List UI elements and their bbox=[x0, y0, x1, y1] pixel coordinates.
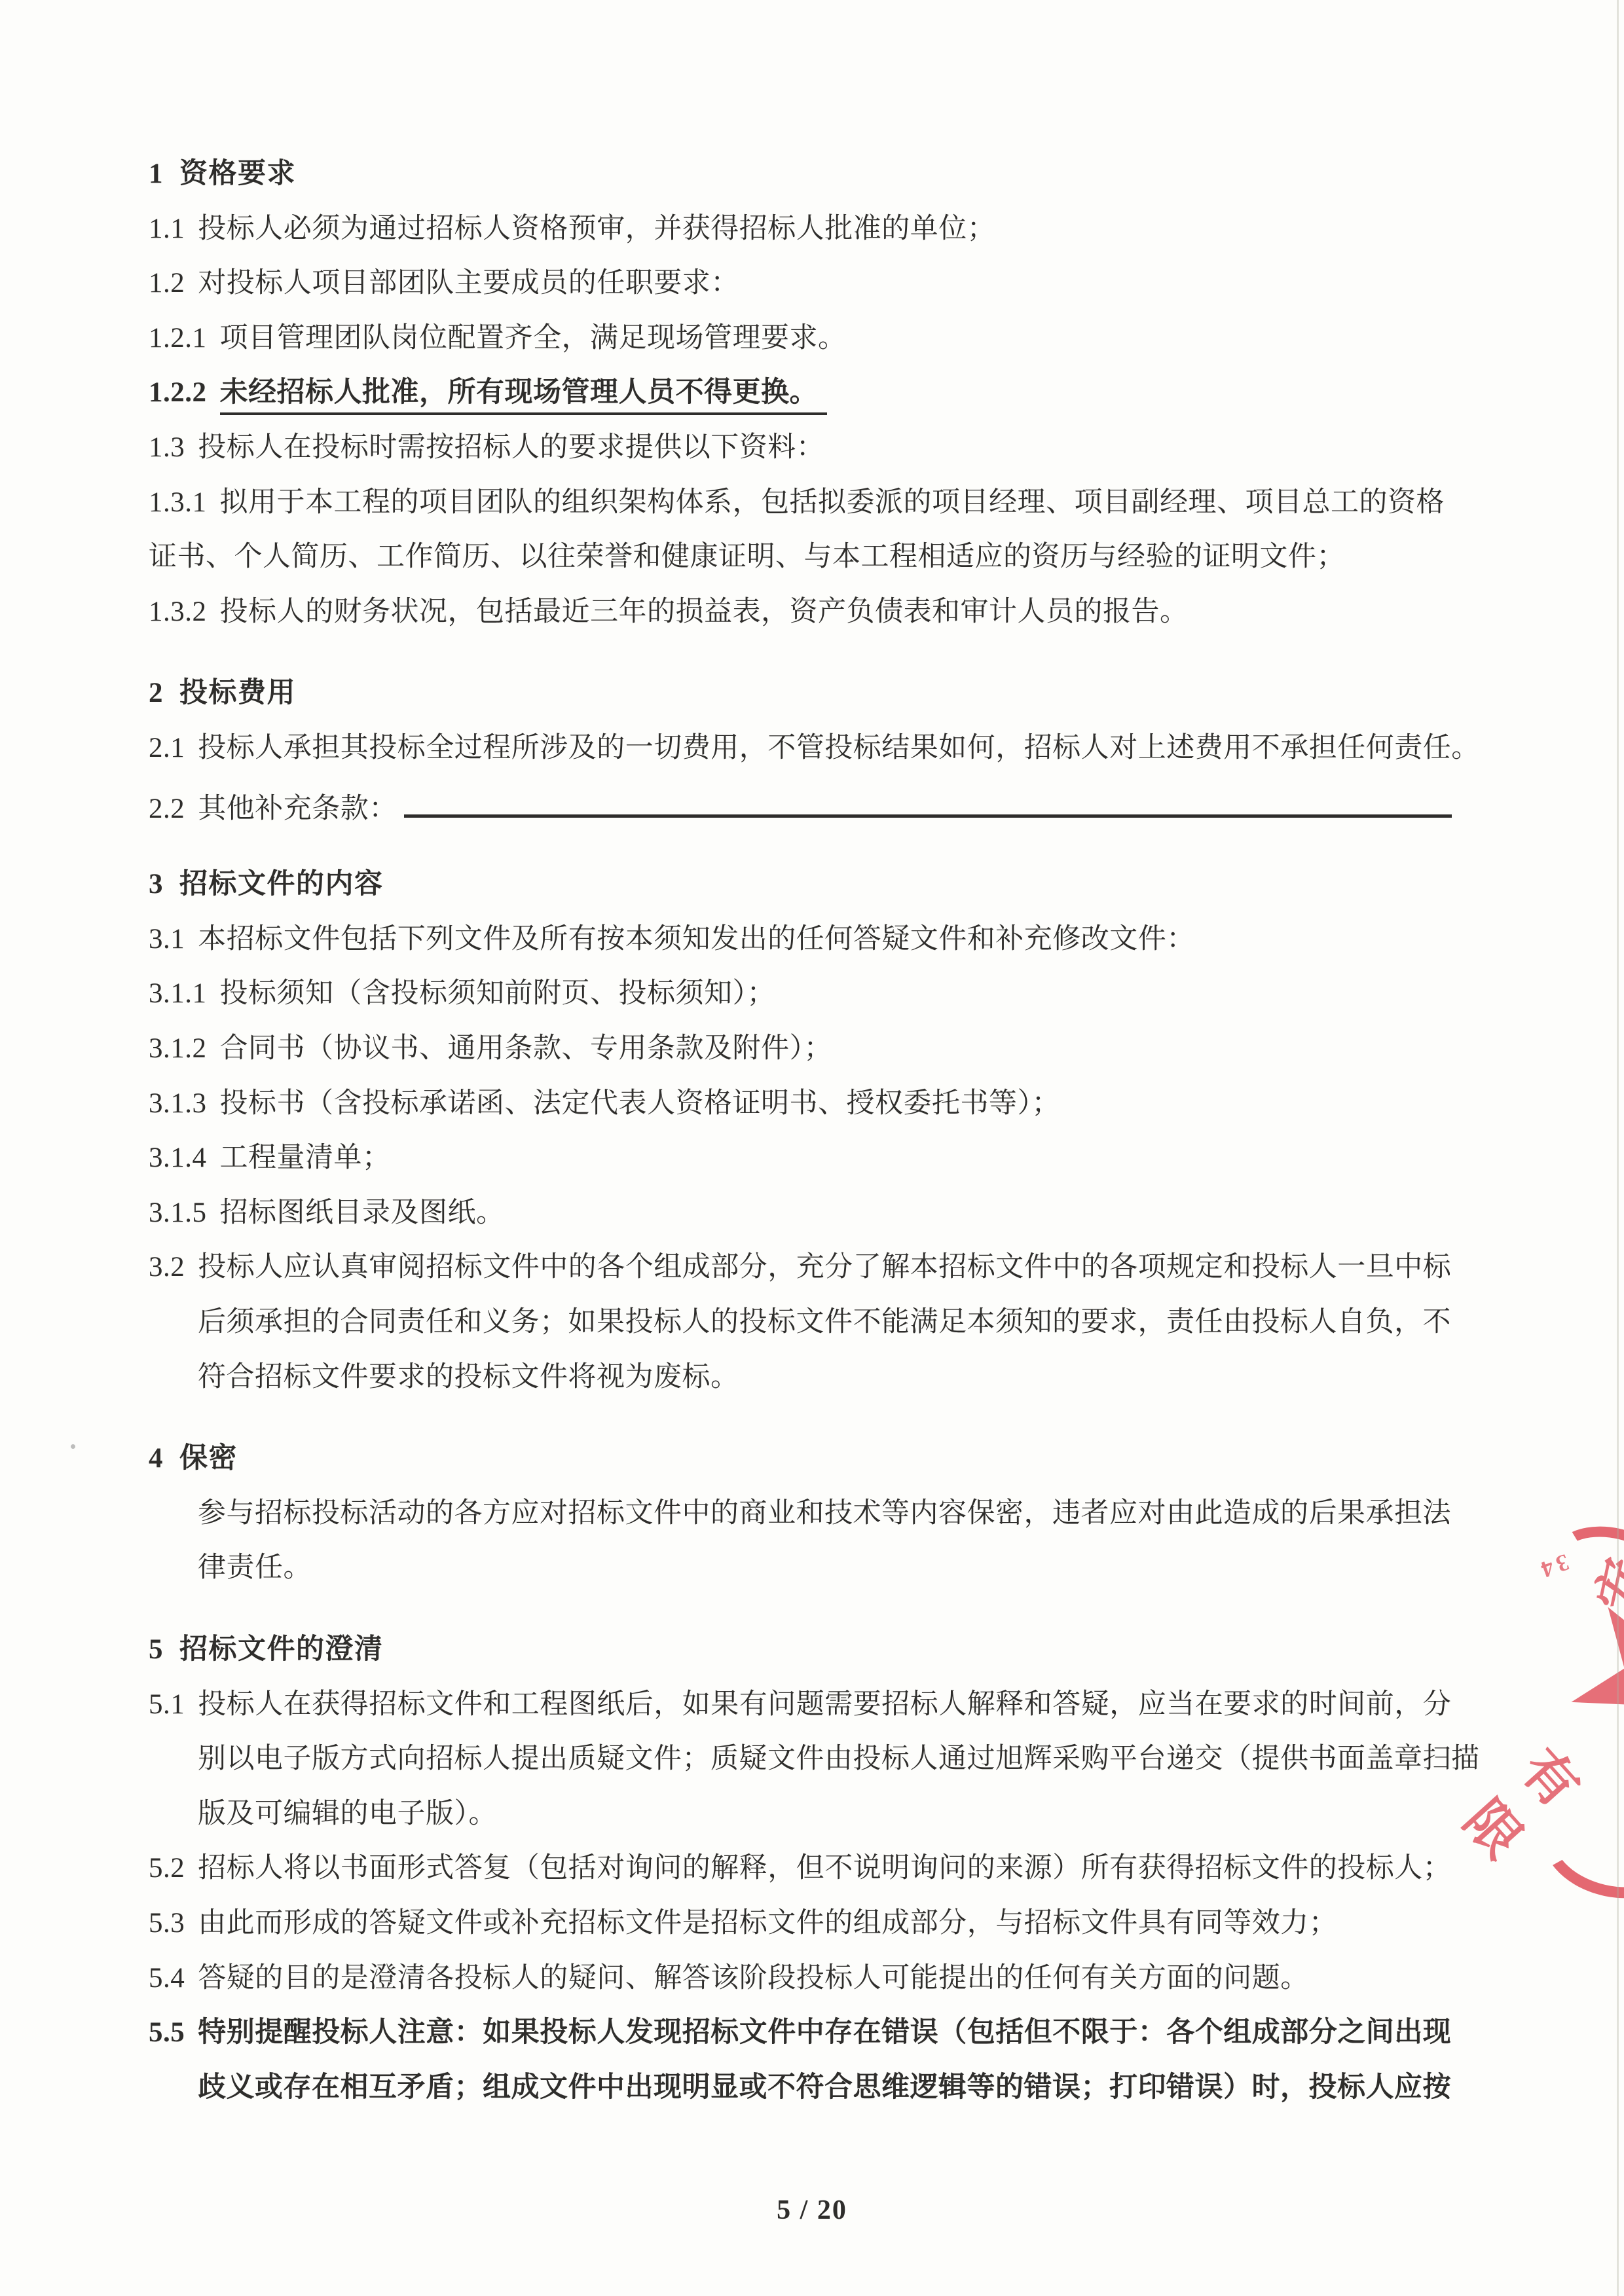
line-number: 3 bbox=[149, 869, 164, 900]
doc-line: 3.1.2合同书（协议书、通用条款、专用条款及附件）； bbox=[149, 1031, 832, 1066]
line-number: 1.2.1 bbox=[149, 323, 207, 354]
line-text: 律责任。 bbox=[198, 1552, 312, 1583]
line-number: 3.1.4 bbox=[149, 1142, 207, 1173]
doc-line: 5.3由此而形成的答疑文件或补充招标文件是招标文件的组成部分，与招标文件具有同等… bbox=[149, 1906, 1337, 1941]
line-number: 2.2 bbox=[149, 793, 185, 824]
blank-fill-line bbox=[404, 786, 1452, 818]
section-heading: 4保密 bbox=[149, 1441, 238, 1476]
line-text: 未经招标人批准，所有现场管理人员不得更换。 bbox=[220, 377, 828, 415]
doc-line: 别以电子版方式向招标人提出质疑文件；质疑文件由投标人通过旭辉采购平台递交（提供书… bbox=[198, 1741, 1480, 1777]
line-text: 投标人应认真审阅招标文件中的各个组成部分，充分了解本招标文件中的各项规定和投标人… bbox=[198, 1252, 1451, 1283]
line-text: 歧义或存在相互矛盾；组成文件中出现明显或不符合思维逻辑等的错误；打印错误）时，投… bbox=[198, 2072, 1451, 2103]
scan-speck bbox=[71, 1444, 75, 1449]
line-text: 工程量清单； bbox=[220, 1142, 391, 1173]
line-number: 4 bbox=[149, 1443, 164, 1474]
doc-line: 证书、个人简历、工作简历、以往荣誉和健康证明、与本工程相适应的资历与经验的证明文… bbox=[149, 539, 1345, 575]
line-number: 1.2 bbox=[149, 268, 185, 299]
doc-line: 1.2对投标人项目部团队主要成员的任职要求： bbox=[149, 266, 739, 301]
doc-line: 5.1投标人在获得招标文件和工程图纸后，如果有问题需要招标人解释和答疑，应当在要… bbox=[149, 1687, 1451, 1722]
doc-line: 律责任。 bbox=[198, 1550, 312, 1586]
seal-arc-bottom bbox=[1533, 1791, 1624, 1912]
line-number: 1.1 bbox=[149, 213, 185, 244]
doc-line: 2.2其他补充条款： bbox=[149, 786, 1452, 827]
line-text: 招标文件的澄清 bbox=[179, 1634, 384, 1665]
line-number: 5.4 bbox=[149, 1963, 185, 1994]
line-text: 参与招标投标活动的各方应对招标文件中的商业和技术等内容保密，违者应对由此造成的后… bbox=[198, 1498, 1451, 1529]
seal-arc-top bbox=[1541, 1514, 1624, 1626]
line-text: 特别提醒投标人注意：如果投标人发现招标文件中存在错误（包括但不限于：各个组成部分… bbox=[198, 2017, 1451, 2048]
line-text: 投标费用 bbox=[179, 678, 296, 708]
line-text: 项目管理团队岗位配置齐全，满足现场管理要求。 bbox=[220, 323, 847, 354]
line-number: 3.1 bbox=[149, 924, 185, 955]
line-number: 1.2.2 bbox=[149, 377, 207, 408]
line-text: 符合招标文件要求的投标文件将视为废标。 bbox=[198, 1362, 739, 1393]
line-number: 3.2 bbox=[149, 1252, 185, 1283]
line-number: 1.3.2 bbox=[149, 596, 207, 627]
line-number: 5.5 bbox=[149, 2017, 185, 2048]
document-page: 1资格要求1.1投标人必须为通过招标人资格预审，并获得招标人批准的单位；1.2对… bbox=[0, 0, 1624, 2296]
doc-line: 1.3.1拟用于本工程的项目团队的组织架构体系，包括拟委派的项目经理、项目副经理… bbox=[149, 485, 1445, 520]
doc-line: 歧义或存在相互矛盾；组成文件中出现明显或不符合思维逻辑等的错误；打印错误）时，投… bbox=[198, 2070, 1451, 2105]
scan-edge-artifact bbox=[1617, 0, 1619, 2296]
section-heading: 2投标费用 bbox=[149, 676, 296, 711]
line-text: 投标须知（含投标须知前附页、投标须知）； bbox=[220, 978, 776, 1009]
doc-line: 5.5特别提醒投标人注意：如果投标人发现招标文件中存在错误（包括但不限于：各个组… bbox=[149, 2015, 1451, 2050]
line-text: 保密 bbox=[179, 1443, 238, 1474]
section-heading: 3招标文件的内容 bbox=[149, 867, 384, 902]
doc-line: 5.4答疑的目的是澄清各投标人的疑问、解答该阶段投标人可能提出的任何有关方面的问… bbox=[149, 1961, 1309, 1996]
line-text: 拟用于本工程的项目团队的组织架构体系，包括拟委派的项目经理、项目副经理、项目总工… bbox=[220, 487, 1445, 518]
doc-line: 3.2投标人应认真审阅招标文件中的各个组成部分，充分了解本招标文件中的各项规定和… bbox=[149, 1250, 1451, 1285]
line-text: 投标人在投标时需按招标人的要求提供以下资料： bbox=[198, 432, 824, 463]
doc-line: 5.2招标人将以书面形式答复（包括对询问的解释，但不说明询问的来源）所有获得招标… bbox=[149, 1851, 1451, 1886]
line-number: 3.1.3 bbox=[149, 1088, 207, 1119]
line-number: 2 bbox=[149, 678, 164, 708]
doc-line: 3.1.3投标书（含投标承诺函、法定代表人资格证明书、授权委托书等）； bbox=[149, 1086, 1060, 1121]
line-text: 招标文件的内容 bbox=[179, 869, 384, 900]
line-number: 2.1 bbox=[149, 733, 185, 763]
line-number: 5 bbox=[149, 1634, 164, 1665]
line-text: 合同书（协议书、通用条款、专用条款及附件）； bbox=[220, 1033, 833, 1064]
doc-line: 2.1投标人承担其投标全过程所涉及的一切费用，不管投标结果如何，招标人对上述费用… bbox=[149, 731, 1480, 766]
line-number: 1 bbox=[149, 158, 164, 189]
line-text: 证书、个人简历、工作简历、以往荣誉和健康证明、与本工程相适应的资历与经验的证明文… bbox=[149, 541, 1345, 572]
line-text: 资格要求 bbox=[179, 158, 296, 189]
section-heading: 1资格要求 bbox=[149, 156, 296, 192]
doc-line: 1.2.1项目管理团队岗位配置齐全，满足现场管理要求。 bbox=[149, 321, 847, 356]
line-number: 3.1.1 bbox=[149, 978, 207, 1009]
line-text: 招标人将以书面形式答复（包括对询问的解释，但不说明询问的来源）所有获得招标文件的… bbox=[198, 1853, 1451, 1884]
page-number: 5 / 20 bbox=[0, 2195, 1624, 2226]
line-text: 后须承担的合同责任和义务；如果投标人的投标文件不能满足本须知的要求，责任由投标人… bbox=[198, 1307, 1451, 1338]
line-number: 5.3 bbox=[149, 1908, 185, 1939]
line-text: 版及可编辑的电子版）。 bbox=[198, 1798, 497, 1829]
line-text: 别以电子版方式向招标人提出质疑文件；质疑文件由投标人通过旭辉采购平台递交（提供书… bbox=[198, 1743, 1480, 1774]
doc-line: 参与招标投标活动的各方应对招标文件中的商业和技术等内容保密，违者应对由此造成的后… bbox=[198, 1496, 1451, 1531]
line-number: 1.3 bbox=[149, 432, 185, 463]
doc-line: 后须承担的合同责任和义务；如果投标人的投标文件不能满足本须知的要求，责任由投标人… bbox=[198, 1305, 1451, 1340]
line-number: 3.1.5 bbox=[149, 1197, 207, 1228]
line-text: 答疑的目的是澄清各投标人的疑问、解答该阶段投标人可能提出的任何有关方面的问题。 bbox=[198, 1963, 1309, 1994]
doc-line: 1.3.2投标人的财务状况，包括最近三年的损益表，资产负债表和审计人员的报告。 bbox=[149, 594, 1189, 630]
doc-line: 3.1.1投标须知（含投标须知前附页、投标须知）； bbox=[149, 976, 775, 1011]
line-number: 5.1 bbox=[149, 1689, 185, 1720]
doc-line: 版及可编辑的电子版）。 bbox=[198, 1796, 497, 1832]
line-text: 投标人的财务状况，包括最近三年的损益表，资产负债表和审计人员的报告。 bbox=[220, 596, 1189, 627]
line-number: 3.1.2 bbox=[149, 1033, 207, 1064]
doc-line: 3.1.4工程量清单； bbox=[149, 1140, 391, 1176]
line-text: 投标人承担其投标全过程所涉及的一切费用，不管投标结果如何，招标人对上述费用不承担… bbox=[198, 733, 1480, 763]
doc-line: 3.1本招标文件包括下列文件及所有按本须知发出的任何答疑文件和补充修改文件： bbox=[149, 922, 1195, 957]
doc-line: 1.1投标人必须为通过招标人资格预审，并获得招标人批准的单位； bbox=[149, 211, 995, 247]
seal-serial-number: 34 bbox=[1534, 1548, 1572, 1585]
doc-line: 1.2.2未经招标人批准，所有现场管理人员不得更换。 bbox=[149, 375, 827, 410]
line-number: 5.2 bbox=[149, 1853, 185, 1884]
line-number: 1.3.1 bbox=[149, 487, 207, 518]
line-text: 投标人在获得招标文件和工程图纸后，如果有问题需要招标人解释和答疑，应当在要求的时… bbox=[198, 1689, 1451, 1720]
line-text: 投标书（含投标承诺函、法定代表人资格证明书、授权委托书等）； bbox=[220, 1088, 1061, 1119]
doc-line: 3.1.5招标图纸目录及图纸。 bbox=[149, 1195, 505, 1231]
line-text: 本招标文件包括下列文件及所有按本须知发出的任何答疑文件和补充修改文件： bbox=[198, 924, 1195, 955]
doc-line: 符合招标文件要求的投标文件将视为废标。 bbox=[198, 1360, 739, 1395]
doc-line: 1.3投标人在投标时需按招标人的要求提供以下资料： bbox=[149, 430, 824, 465]
line-text: 由此而形成的答疑文件或补充招标文件是招标文件的组成部分，与招标文件具有同等效力； bbox=[198, 1908, 1337, 1939]
line-text: 投标人必须为通过招标人资格预审，并获得招标人批准的单位； bbox=[198, 213, 995, 244]
line-text: 对投标人项目部团队主要成员的任职要求： bbox=[198, 268, 739, 299]
section-heading: 5招标文件的澄清 bbox=[149, 1632, 384, 1667]
line-text: 其他补充条款： bbox=[198, 793, 397, 824]
seal-star-icon bbox=[1549, 1575, 1624, 1785]
line-text: 招标图纸目录及图纸。 bbox=[220, 1197, 505, 1228]
